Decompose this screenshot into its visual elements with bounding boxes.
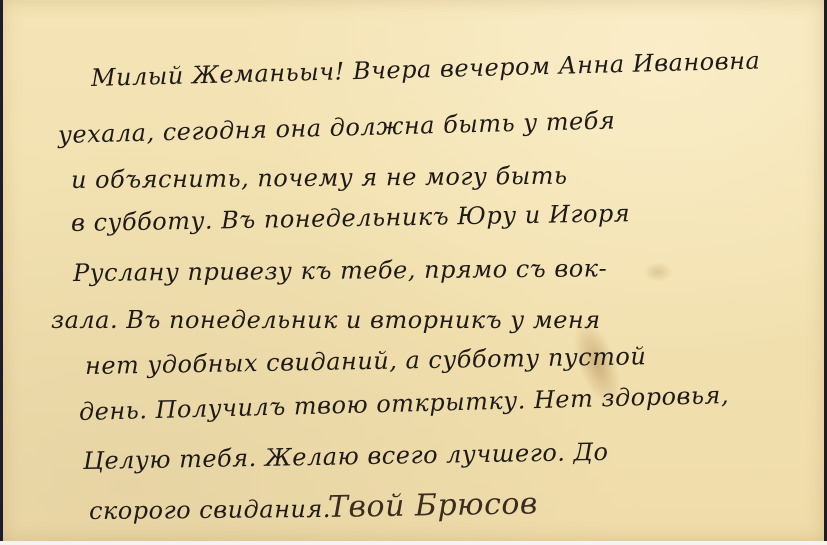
letter-line-2: уехала, сегодня она должна быть у тебя <box>58 106 616 149</box>
letter-line-7: нет удобных свиданий, а субботу пустой <box>85 342 647 380</box>
signature: Твой Брюсов <box>328 486 538 525</box>
water-stain <box>643 262 673 282</box>
scan-edge <box>0 541 827 545</box>
letter-line-5: Руслану привезу къ тебе, прямо съ вок- <box>73 254 607 287</box>
letter-line-4: в субботу. Въ понедельникъ Юру и Игоря <box>71 199 631 237</box>
letter-line-10: скорого свидания. <box>89 495 331 525</box>
letter-line-3: и объяснить, почему я не могу быть <box>71 162 568 194</box>
letter-line-1: Милый Жеманьыч! Вчера вечером Анна Ивано… <box>91 46 761 92</box>
postcard: Милый Жеманьыч! Вчера вечером Анна Ивано… <box>3 0 824 541</box>
scan-edge <box>0 0 3 545</box>
letter-line-8: день. Получилъ твою открытку. Нет здоров… <box>79 381 730 426</box>
letter-line-9: Целую тебя. Желаю всего лучшего. До <box>83 438 609 475</box>
letter-line-6: зала. Въ понедельник и вторникъ у меня <box>51 306 601 334</box>
